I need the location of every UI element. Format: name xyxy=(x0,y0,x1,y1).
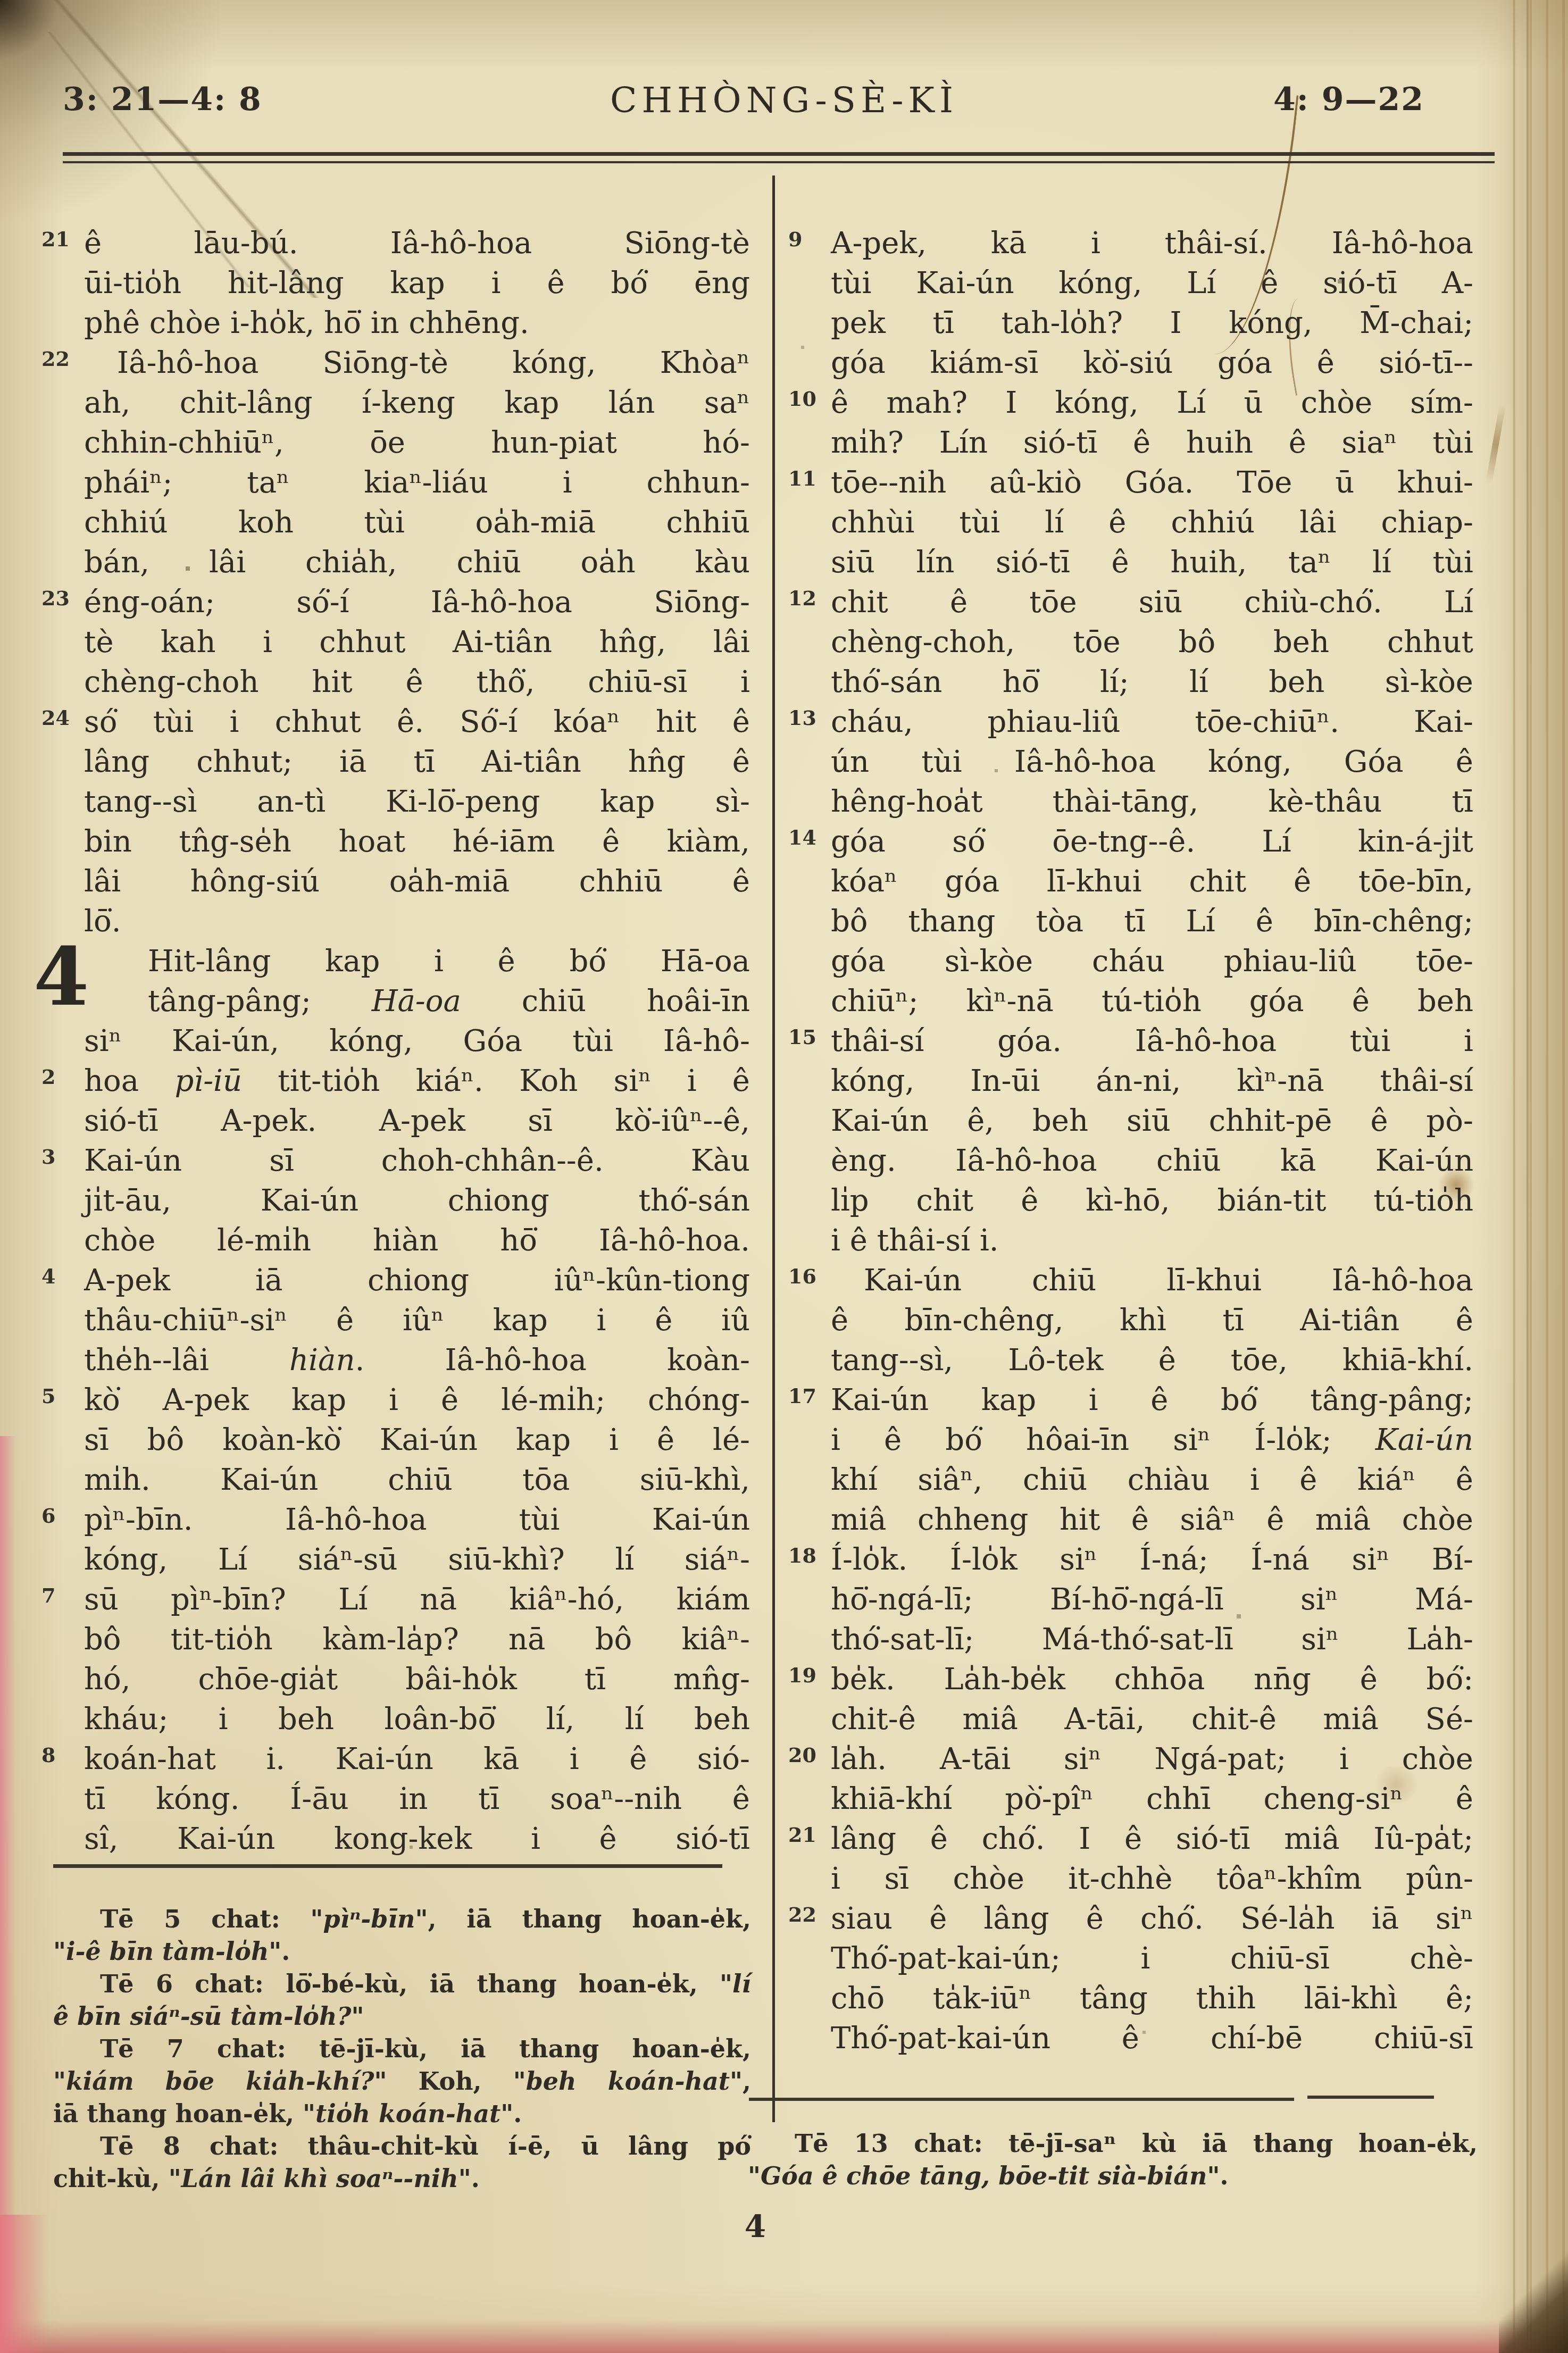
verse-line: hó, chōe-gia̍t bâi-ho̍k tī mn̂g- xyxy=(84,1659,750,1699)
text-run: só͘ tùi i chhut ê. Só͘-í kóaⁿ hit ê xyxy=(84,705,750,739)
verse-line: 3Kai-ún sī choh-chhân--ê. Kàu xyxy=(84,1141,750,1181)
text-run: kóaⁿ góa lī-khui chit ê tōe-bīn, xyxy=(831,864,1473,899)
text-run: . xyxy=(1220,2162,1228,2190)
text-run: pek tī tah-lo̍h? I kóng, M̄-chai; xyxy=(831,306,1473,340)
verse-line: tùi Kai-ún kóng, Lí ê sió-tī A- xyxy=(831,263,1473,303)
text-run: kóng, In-ūi án-ni, kìⁿ-nā thâi-sí xyxy=(831,1064,1473,1098)
verse-line: èng. Iâ-hô-hoa chiū kā Kai-ún xyxy=(831,1141,1473,1181)
verse-number: 21 xyxy=(41,219,70,259)
verse-line: lō͘. xyxy=(84,902,750,941)
text-run: i ê bó͘ hôai-īn siⁿ Í-lo̍k; xyxy=(831,1423,1375,1457)
verse-number: 11 xyxy=(788,458,816,498)
text-run: siau ê lâng ê chó͘. Sé-la̍h iā siⁿ xyxy=(831,1901,1473,1936)
verse-line: sī bô koàn-kò͘ Kai-ún kap i ê lé- xyxy=(84,1420,750,1460)
book-page: 3: 21—4: 8 CHHÒNG-SÈ-KÌ 4: 9—22 4 21ê lā… xyxy=(0,0,1568,2353)
verse-line: 2hoa pì-iū tit-tio̍h kiáⁿ. Koh siⁿ i ê xyxy=(84,1061,750,1101)
verse-number: 19 xyxy=(788,1655,816,1695)
ink-specks xyxy=(0,0,1,1)
verse-line: khiā-khí pò͘-pîⁿ chhī cheng-siⁿ ê xyxy=(831,1779,1473,1819)
text-run: tùi Kai-ún kóng, Lí ê sió-tī A- xyxy=(831,266,1473,301)
text-run: Tē 8 chat: thâu-chi̍t-kù í-ē, ū lâng pó͘ xyxy=(100,2132,751,2160)
verse-line: lâi hông-siú oa̍h-miā chhiū ê xyxy=(84,862,750,902)
verse-number: 22 xyxy=(41,339,70,379)
verse-line: góa sì-kòe cháu phiau-liû tōe- xyxy=(831,941,1473,981)
verse-line: chhiú koh tùi oa̍h-miā chhiū xyxy=(84,503,750,543)
text-run: hêng-hoa̍t thài-tāng, kè-thâu tī xyxy=(831,785,1473,819)
text-run: Koh, xyxy=(387,2067,513,2096)
text-run: ê lāu-bú. Iâ-hô-hoa Siōng-tè xyxy=(84,226,750,261)
text-run: chhùi tùi lí ê chhiú lâi chiap- xyxy=(831,505,1473,540)
text-run: A-pek, kā i thâi-sí. Iâ-hô-hoa xyxy=(831,226,1473,261)
italic-text: "kiám bōe kia̍h-khí?" xyxy=(53,2067,387,2096)
text-run: miâ chheng hit ê siâⁿ ê miâ chòe xyxy=(831,1503,1473,1537)
verse-line: 24só͘ tùi i chhut ê. Só͘-í kóaⁿ hit ê xyxy=(84,702,750,742)
verse-number: 15 xyxy=(788,1017,816,1057)
verse-number: 3 xyxy=(41,1137,55,1176)
verse-line: bin tn̂g-se̍h hoat hé-iām ê kiàm, xyxy=(84,822,750,862)
footnote-rule-right xyxy=(1307,2096,1434,2099)
verse-number: 13 xyxy=(788,698,816,738)
text-run: chèng-choh, tōe bô beh chhut xyxy=(831,625,1473,660)
text-run: Kai-ún ê, beh siū chhit-pē ê pò- xyxy=(831,1104,1473,1138)
italic-text: "tio̍h koán-hat" xyxy=(303,2099,513,2128)
verse-line: 9A-pek, kā i thâi-sí. Iâ-hô-hoa xyxy=(831,223,1473,263)
text-run: chhiú koh tùi oa̍h-miā chhiū xyxy=(84,505,750,540)
verse-line: li̍p chit ê kì-hō, bián-tit tú-tio̍h xyxy=(831,1181,1473,1221)
verse-line: góa kiám-sī kò͘-siú góa ê sió-tī-- xyxy=(831,343,1473,383)
verse-line: kháu; i beh loân-bō͘ lí, lí beh xyxy=(84,1699,750,1739)
verse-line: khí siâⁿ, chiū chiàu i ê kiáⁿ ê xyxy=(831,1460,1473,1500)
text-run: ê bīn-chêng, khì tī Ai-tiân ê xyxy=(831,1303,1473,1338)
verse-line: siū lín sió-tī ê huih, taⁿ lí tùi xyxy=(831,543,1473,582)
text-run: . xyxy=(281,1937,290,1966)
verse-number: 9 xyxy=(788,219,802,259)
verse-line: chèng-choh hit ê thô͘, chiū-sī i xyxy=(84,662,750,702)
verse-number: 6 xyxy=(41,1496,55,1536)
verse-number: 4 xyxy=(41,1256,55,1296)
verse-line: 23éng-oán; só͘-í Iâ-hô-hoa Siōng- xyxy=(84,582,750,622)
verse-line: chèng-choh, tōe bô beh chhut xyxy=(831,622,1473,662)
text-run: bán, lâi chia̍h, chiū oa̍h kàu xyxy=(84,545,750,580)
text-run: Tē 7 chat: tē-jī-kù, iā thang hoan-e̍k, xyxy=(100,2034,751,2063)
text-run: Thó͘-pat-kai-ún ê chí-bē chiū-sī xyxy=(831,2021,1473,2056)
verse-line: ún tùi Iâ-hô-hoa kóng, Góa ê xyxy=(831,742,1473,782)
verse-line: pek tī tah-lo̍h? I kóng, M̄-chai; xyxy=(831,303,1473,343)
verse-line: chhin-chhiūⁿ, ōe hun-piat hó- xyxy=(84,423,750,463)
text-run: , iā thang hoan-e̍k, xyxy=(428,1905,751,1933)
page-number: 4 xyxy=(0,2208,1511,2244)
verse-line: ūi-tio̍h hit-lâng kap i ê bó͘ ēng xyxy=(84,263,750,303)
italic-text: "i-ê bīn tàm-lo̍h" xyxy=(53,1937,281,1966)
text-run: chhin-chhiūⁿ, ōe hun-piat hó- xyxy=(84,425,750,460)
running-head-right-ref: 4: 9—22 xyxy=(1273,81,1424,118)
italic-text: Kai-ún xyxy=(1375,1423,1473,1457)
verse-line: chō ta̍k-iūⁿ tâng thih lāi-khì ê; xyxy=(831,1979,1473,2018)
footnote-rule-right xyxy=(749,2098,1294,2101)
verse-line: 4A-pek iā chiong iûⁿ-kûn-tiong xyxy=(84,1261,750,1300)
paper-crease xyxy=(1527,0,1529,2353)
verse-line: hêng-hoa̍t thài-tāng, kè-thâu tī xyxy=(831,782,1473,822)
text-run: . xyxy=(513,2099,522,2128)
dyed-page-edge-bottom xyxy=(0,2320,1568,2353)
verse-line: bô tit-tio̍h kàm-la̍p? nā bô kiâⁿ- xyxy=(84,1620,750,1659)
text-run: chō ta̍k-iūⁿ tâng thih lāi-khì ê; xyxy=(831,1981,1473,2016)
verse-line: pháiⁿ; taⁿ kiaⁿ-liáu i chhun- xyxy=(84,463,750,503)
text-run: , xyxy=(743,2067,751,2096)
verse-line: 15thâi-sí góa. Iâ-hô-hoa tùi i xyxy=(831,1021,1473,1061)
text-run: chiūⁿ; kìⁿ-nā tú-tio̍h góa ê beh xyxy=(831,984,1473,1019)
verse-number: 7 xyxy=(41,1575,55,1615)
verse-line: kóng, In-ūi án-ni, kìⁿ-nā thâi-sí xyxy=(831,1061,1473,1101)
verse-number: 23 xyxy=(41,578,70,618)
verse-line: chòe lé-mi̍h hiàn hō͘ Iâ-hô-hoa. xyxy=(84,1221,750,1261)
text-run: chòe lé-mi̍h hiàn hō͘ Iâ-hô-hoa. xyxy=(84,1223,750,1258)
verse-number: 5 xyxy=(41,1376,55,1416)
footnote-line: Tē 5 chat: "pìⁿ-bīn", iā thang hoan-e̍k, xyxy=(53,1903,751,1935)
text-run: A-pek iā chiong iûⁿ-kûn-tiong xyxy=(84,1263,750,1298)
verse-line: hō͘-ngá-lī; Bí-hō͘-ngá-lī siⁿ Má- xyxy=(831,1580,1473,1620)
verse-line: chiūⁿ; kìⁿ-nā tú-tio̍h góa ê beh xyxy=(831,981,1473,1021)
text-run: pìⁿ-bīn. Iâ-hô-hoa tùi Kai-ún xyxy=(84,1503,750,1537)
verse-line: 7sū pìⁿ-bīn? Lí nā kiâⁿ-hó, kiám xyxy=(84,1580,750,1620)
text-run: èng. Iâ-hô-hoa chiū kā Kai-ún xyxy=(831,1144,1473,1178)
text-run: tang--sì an-tì Ki-lō͘-peng kap sì- xyxy=(84,785,750,819)
text-run: hoa xyxy=(84,1064,174,1098)
text-run: Hit-lâng kap i ê bó͘ Hā-oa xyxy=(148,944,750,979)
verse-line: the̍h--lâi hiàn. Iâ-hô-hoa koàn- xyxy=(84,1340,750,1380)
verse-number: 17 xyxy=(788,1376,816,1416)
text-run: Tē 6 chat: lō͘-bé-kù, iā thang hoan-e̍k, xyxy=(100,1970,720,1998)
text-run: Iâ-hô-hoa Siōng-tè kóng, Khòaⁿ xyxy=(117,346,750,380)
footnote-line: Tē 8 chat: thâu-chi̍t-kù í-ē, ū lâng pó͘ xyxy=(53,2130,751,2163)
verse-line: phê chòe i-ho̍k, hō͘ in chhēng. xyxy=(84,303,750,343)
verse-number: 24 xyxy=(41,698,70,738)
text-run: chi̍t-kù, xyxy=(53,2164,169,2193)
text-run: ún tùi Iâ-hô-hoa kóng, Góa ê xyxy=(831,745,1473,779)
verse-line: mi̍h. Kai-ún chiū tōa siū-khì, xyxy=(84,1460,750,1500)
text-run: Tē 13 chat: tē-jī-saⁿ kù iā thang hoan-e… xyxy=(795,2129,1478,2158)
verse-line: mi̍h? Lín sió-tī ê huih ê siaⁿ tùi xyxy=(831,423,1473,463)
footnote-line: "Góa ê chōe tāng, bōe-tit sià-bián". xyxy=(748,2160,1478,2192)
text-run: ê mah? I kóng, Lí ū chòe sím- xyxy=(831,386,1473,420)
text-run: thó͘-sán hō͘ lí; lí beh sì-kòe xyxy=(831,665,1473,699)
text-run: khí siâⁿ, chiū chiàu i ê kiáⁿ ê xyxy=(831,1463,1473,1497)
footnote-line: iā thang hoan-e̍k, "tio̍h koán-hat". xyxy=(53,2098,751,2130)
verse-number: 20 xyxy=(788,1735,816,1775)
verse-line: ê bīn-chêng, khì tī Ai-tiân ê xyxy=(831,1300,1473,1340)
text-run: hó, chōe-gia̍t bâi-ho̍k tī mn̂g- xyxy=(84,1662,750,1697)
verse-line: chhùi tùi lí ê chhiú lâi chiap- xyxy=(831,503,1473,543)
verse-number: 14 xyxy=(788,817,816,857)
text-run: sî, Kai-ún kong-kek i ê sió-tī xyxy=(84,1822,750,1856)
verse-line: Kai-ún ê, beh siū chhit-pē ê pò- xyxy=(831,1101,1473,1141)
verse-line: lâng chhut; iā tī Ai-tiân hn̂g ê xyxy=(84,742,750,782)
verse-line: ji̍t-āu, Kai-ún chiong thó͘-sán xyxy=(84,1181,750,1221)
verse-line: 16Kai-ún chiū lī-khui Iâ-hô-hoa xyxy=(831,1261,1473,1300)
text-run: be̍k. La̍h-be̍k chhōa nn̄g ê bó͘: xyxy=(831,1662,1473,1697)
verse-line: thó͘-sat-lī; Má-thó͘-sat-lī siⁿ La̍h- xyxy=(831,1620,1473,1659)
verse-line: 11tōe--nih aû-kiò Góa. Tōe ū khui- xyxy=(831,463,1473,503)
right-text-column: 9A-pek, kā i thâi-sí. Iâ-hô-hoatùi Kai-ú… xyxy=(831,223,1473,2058)
footnote-line: Tē 13 chat: tē-jī-saⁿ kù iā thang hoan-e… xyxy=(748,2127,1478,2160)
text-run: i sī chòe it-chhè tôaⁿ-khîm pûn- xyxy=(831,1862,1473,1896)
text-run: ūi-tio̍h hit-lâng kap i ê bó͘ ēng xyxy=(84,266,750,301)
verse-line: 5kò͘ A-pek kap i ê lé-mi̍h; chóng- xyxy=(84,1380,750,1420)
text-run: the̍h--lâi xyxy=(84,1343,289,1378)
verse-line: tâng-pâng; Hā-oa chiū hoâi-īn xyxy=(84,981,750,1021)
text-run: thâu-chiūⁿ-siⁿ ê iûⁿ kap i ê iû xyxy=(84,1303,750,1338)
text-run: mi̍h? Lín sió-tī ê huih ê siaⁿ tùi xyxy=(831,425,1473,460)
verse-line: tang--sì an-tì Ki-lō͘-peng kap sì- xyxy=(84,782,750,822)
verse-line: 19be̍k. La̍h-be̍k chhōa nn̄g ê bó͘: xyxy=(831,1659,1473,1699)
verse-line: sió-tī A-pek. A-pek sī kò͘-iûⁿ--ê, xyxy=(84,1101,750,1141)
footnote-line: Tē 7 chat: tē-jī-kù, iā thang hoan-e̍k, xyxy=(53,2033,751,2065)
text-run: chiū hoâi-īn xyxy=(461,984,750,1019)
text-run: khiā-khí pò͘-pîⁿ chhī cheng-siⁿ ê xyxy=(831,1782,1473,1816)
text-run: Í-lo̍k. Í-lo̍k siⁿ Í-ná; Í-ná siⁿ Bí- xyxy=(831,1542,1473,1577)
verse-line: 12chit ê tōe siū chiù-chó͘. Lí xyxy=(831,582,1473,622)
footnote-line: "i-ê bīn tàm-lo̍h". xyxy=(53,1935,751,1968)
italic-text: "Góa ê chōe tāng, bōe-tit sià-bián" xyxy=(748,2162,1220,2190)
text-run: kò͘ A-pek kap i ê lé-mi̍h; chóng- xyxy=(84,1383,750,1417)
verse-line: kóaⁿ góa lī-khui chit ê tōe-bīn, xyxy=(831,862,1473,902)
header-double-rule xyxy=(63,152,1495,163)
text-run: bin tn̂g-se̍h hoat hé-iām ê kiàm, xyxy=(84,824,750,859)
text-run: . xyxy=(471,2164,480,2193)
text-run: cháu, phiau-liû tōe-chiūⁿ. Kai- xyxy=(831,705,1473,739)
verse-line: miâ chheng hit ê siâⁿ ê miâ chòe xyxy=(831,1500,1473,1540)
verse-line: i sī chòe it-chhè tôaⁿ-khîm pûn- xyxy=(831,1859,1473,1899)
next-page-corner-shadow xyxy=(1499,2252,1568,2353)
fox-stain xyxy=(1486,404,1506,484)
text-run: Kai-ún sī choh-chhân--ê. Kàu xyxy=(84,1144,750,1178)
verse-line: Hit-lâng kap i ê bó͘ Hā-oa xyxy=(84,941,750,981)
text-run: phê chòe i-ho̍k, hō͘ in chhēng. xyxy=(84,306,529,340)
verse-number: 8 xyxy=(41,1735,55,1775)
page-stack-edge xyxy=(1499,0,1568,2353)
verse-number: 21 xyxy=(788,1815,816,1855)
text-run: lâng chhut; iā tī Ai-tiân hn̂g ê xyxy=(84,745,750,779)
text-run: lâi hông-siú oa̍h-miā chhiū ê xyxy=(84,864,750,899)
text-run: góa kiám-sī kò͘-siú góa ê sió-tī-- xyxy=(831,346,1473,380)
footnote-line: chi̍t-kù, "Lán lâi khì soaⁿ--nih". xyxy=(53,2163,751,2195)
italic-text: "beh koán-hat" xyxy=(513,2067,743,2096)
verse-line: bô thang tòa tī Lí ê bīn-chêng; xyxy=(831,902,1473,941)
verse-number: 2 xyxy=(41,1057,55,1097)
verse-line: 20la̍h. A-tāi siⁿ Ngá-pat; i chòe xyxy=(831,1739,1473,1779)
verse-line: 14góa só͘ ōe-tng--ê. Lí kin-á-ji̍t xyxy=(831,822,1473,862)
column-divider-rule xyxy=(772,176,775,2122)
verse-line: siⁿ Kai-ún, kóng, Góa tùi Iâ-hô- xyxy=(84,1021,750,1061)
text-run: mi̍h. Kai-ún chiū tōa siū-khì, xyxy=(84,1463,750,1497)
italic-text: "lí xyxy=(720,1970,751,1998)
text-run: sī bô koàn-kò͘ Kai-ún kap i ê lé- xyxy=(84,1423,750,1457)
text-run: tè kah i chhut Ai-tiân hn̂g, lâi xyxy=(84,625,750,660)
italic-text: "Lán lâi khì soaⁿ--nih" xyxy=(169,2164,471,2193)
footnotes-right: Tē 13 chat: tē-jī-saⁿ kù iā thang hoan-e… xyxy=(748,2127,1478,2192)
text-run: tâng-pâng; xyxy=(148,984,372,1019)
text-run: kóng, Lí siáⁿ-sū siū-khì? lí siáⁿ- xyxy=(84,1542,750,1577)
text-run: Tē 5 chat: xyxy=(100,1905,311,1933)
footnote-line: Tē 6 chat: lō͘-bé-kù, iā thang hoan-e̍k,… xyxy=(53,1968,751,2000)
verse-line: 8koán-hat i. Kai-ún kā i ê sió- xyxy=(84,1739,750,1779)
text-run: . Iâ-hô-hoa koàn- xyxy=(355,1343,750,1378)
text-run: chèng-choh hit ê thô͘, chiū-sī i xyxy=(84,665,750,699)
verse-line: tang--sì, Lô-tek ê tōe, khiā-khí. xyxy=(831,1340,1473,1380)
verse-line: chit-ê miâ A-tāi, chit-ê miâ Sé- xyxy=(831,1699,1473,1739)
italic-text: "pìⁿ-bīn" xyxy=(311,1905,428,1933)
verse-number: 16 xyxy=(788,1256,816,1296)
verse-line: 22Iâ-hô-hoa Siōng-tè kóng, Khòaⁿ xyxy=(84,343,750,383)
verse-line: 10ê mah? I kóng, Lí ū chòe sím- xyxy=(831,383,1473,423)
text-run: Kai-ún chiū lī-khui Iâ-hô-hoa xyxy=(864,1263,1473,1298)
text-run: la̍h. A-tāi siⁿ Ngá-pat; i chòe xyxy=(831,1742,1473,1776)
italic-text: hiàn xyxy=(289,1343,355,1378)
text-run: tang--sì, Lô-tek ê tōe, khiā-khí. xyxy=(831,1343,1473,1378)
text-run: lō͘. xyxy=(84,904,121,939)
text-run: thó͘-sat-lī; Má-thó͘-sat-lī siⁿ La̍h- xyxy=(831,1622,1473,1657)
italic-text: ê bīn siáⁿ-sū tàm-lo̍h?" xyxy=(53,2002,364,2031)
verse-line: Thó͘-pat-kai-ún ê chí-bē chiū-sī xyxy=(831,2018,1473,2058)
text-run: tī kóng. Í-āu in tī soaⁿ--nih ê xyxy=(84,1782,750,1816)
text-run: góa só͘ ōe-tng--ê. Lí kin-á-ji̍t xyxy=(831,824,1473,859)
verse-line: 17Kai-ún kap i ê bó͘ tâng-pâng; xyxy=(831,1380,1473,1420)
verse-number: 22 xyxy=(788,1895,816,1934)
text-run: bô tit-tio̍h kàm-la̍p? nā bô kiâⁿ- xyxy=(84,1622,750,1657)
verse-line: ah, chit-lâng í-keng kap lán saⁿ xyxy=(84,383,750,423)
verse-line: tī kóng. Í-āu in tī soaⁿ--nih ê xyxy=(84,1779,750,1819)
verse-line: tè kah i chhut Ai-tiân hn̂g, lâi xyxy=(84,622,750,662)
left-text-column: 4 21ê lāu-bú. Iâ-hô-hoa Siōng-tèūi-tio̍h… xyxy=(84,223,750,1859)
verse-line: thâu-chiūⁿ-siⁿ ê iûⁿ kap i ê iû xyxy=(84,1300,750,1340)
text-run: éng-oán; só͘-í Iâ-hô-hoa Siōng- xyxy=(84,585,750,620)
text-run: chit ê tōe siū chiù-chó͘. Lí xyxy=(831,585,1473,620)
text-run: koán-hat i. Kai-ún kā i ê sió- xyxy=(84,1742,750,1776)
verse-line: 13cháu, phiau-liû tōe-chiūⁿ. Kai- xyxy=(831,702,1473,742)
italic-text: Hā-oa xyxy=(372,984,461,1019)
footnote-line: ê bīn siáⁿ-sū tàm-lo̍h?" xyxy=(53,2000,751,2033)
text-run: lâng ê chó͘. I ê sió-tī miâ Iû-pa̍t; xyxy=(831,1822,1473,1856)
text-run: thâi-sí góa. Iâ-hô-hoa tùi i xyxy=(831,1024,1473,1058)
verse-line: Thó͘-pat-kai-ún; i chiū-sī chè- xyxy=(831,1939,1473,1979)
text-run: siū lín sió-tī ê huih, taⁿ lí tùi xyxy=(831,545,1473,580)
italic-text: pì-iū xyxy=(174,1064,242,1098)
text-run: ji̍t-āu, Kai-ún chiong thó͘-sán xyxy=(84,1183,750,1218)
verse-number: 10 xyxy=(788,379,816,419)
verse-line: 22siau ê lâng ê chó͘. Sé-la̍h iā siⁿ xyxy=(831,1899,1473,1939)
text-run: sū pìⁿ-bīn? Lí nā kiâⁿ-hó, kiám xyxy=(84,1582,750,1617)
text-run: kháu; i beh loân-bō͘ lí, lí beh xyxy=(84,1702,750,1737)
verse-number: 18 xyxy=(788,1536,816,1575)
verse-line: kóng, Lí siáⁿ-sū siū-khì? lí siáⁿ- xyxy=(84,1540,750,1580)
verse-number: 12 xyxy=(788,578,816,618)
text-run: tōe--nih aû-kiò Góa. Tōe ū khui- xyxy=(831,465,1473,500)
verse-line: 6pìⁿ-bīn. Iâ-hô-hoa tùi Kai-ún xyxy=(84,1500,750,1540)
verse-line: thó͘-sán hō͘ lí; lí beh sì-kòe xyxy=(831,662,1473,702)
verse-line: i ê thâi-sí i. xyxy=(831,1221,1473,1261)
footnote-rule-left xyxy=(53,1864,722,1868)
text-run: bô thang tòa tī Lí ê bīn-chêng; xyxy=(831,904,1473,939)
verse-line: 18Í-lo̍k. Í-lo̍k siⁿ Í-ná; Í-ná siⁿ Bí- xyxy=(831,1540,1473,1580)
text-run: Kai-ún kap i ê bó͘ tâng-pâng; xyxy=(831,1383,1473,1417)
text-run: góa sì-kòe cháu phiau-liû tōe- xyxy=(831,944,1473,979)
footnote-line: "kiám bōe kia̍h-khí?" Koh, "beh koán-hat… xyxy=(53,2065,751,2098)
text-run: sió-tī A-pek. A-pek sī kò͘-iûⁿ--ê, xyxy=(84,1104,750,1138)
text-run: i ê thâi-sí i. xyxy=(831,1223,999,1258)
text-run: ah, chit-lâng í-keng kap lán saⁿ xyxy=(84,386,750,420)
text-run: siⁿ Kai-ún, kóng, Góa tùi Iâ-hô- xyxy=(84,1024,750,1058)
verse-line: i ê bó͘ hôai-īn siⁿ Í-lo̍k; Kai-ún xyxy=(831,1420,1473,1460)
text-run: hō͘-ngá-lī; Bí-hō͘-ngá-lī siⁿ Má- xyxy=(831,1582,1473,1617)
text-run: tit-tio̍h kiáⁿ. Koh siⁿ i ê xyxy=(242,1064,750,1098)
chapter-drop-numeral: 4 xyxy=(34,937,89,1017)
text-run: pháiⁿ; taⁿ kiaⁿ-liáu i chhun- xyxy=(84,465,750,500)
verse-line: bán, lâi chia̍h, chiū oa̍h kàu xyxy=(84,543,750,582)
text-run: chit-ê miâ A-tāi, chit-ê miâ Sé- xyxy=(831,1702,1473,1737)
text-run: iā thang hoan-e̍k, xyxy=(53,2099,303,2128)
verse-line: 21lâng ê chó͘. I ê sió-tī miâ Iû-pa̍t; xyxy=(831,1819,1473,1859)
verse-line: 21ê lāu-bú. Iâ-hô-hoa Siōng-tè xyxy=(84,223,750,263)
text-run: li̍p chit ê kì-hō, bián-tit tú-tio̍h xyxy=(831,1183,1473,1218)
text-run: Thó͘-pat-kai-ún; i chiū-sī chè- xyxy=(831,1941,1473,1976)
footnotes-left: Tē 5 chat: "pìⁿ-bīn", iā thang hoan-e̍k,… xyxy=(53,1903,751,2195)
verse-line: sî, Kai-ún kong-kek i ê sió-tī xyxy=(84,1819,750,1859)
